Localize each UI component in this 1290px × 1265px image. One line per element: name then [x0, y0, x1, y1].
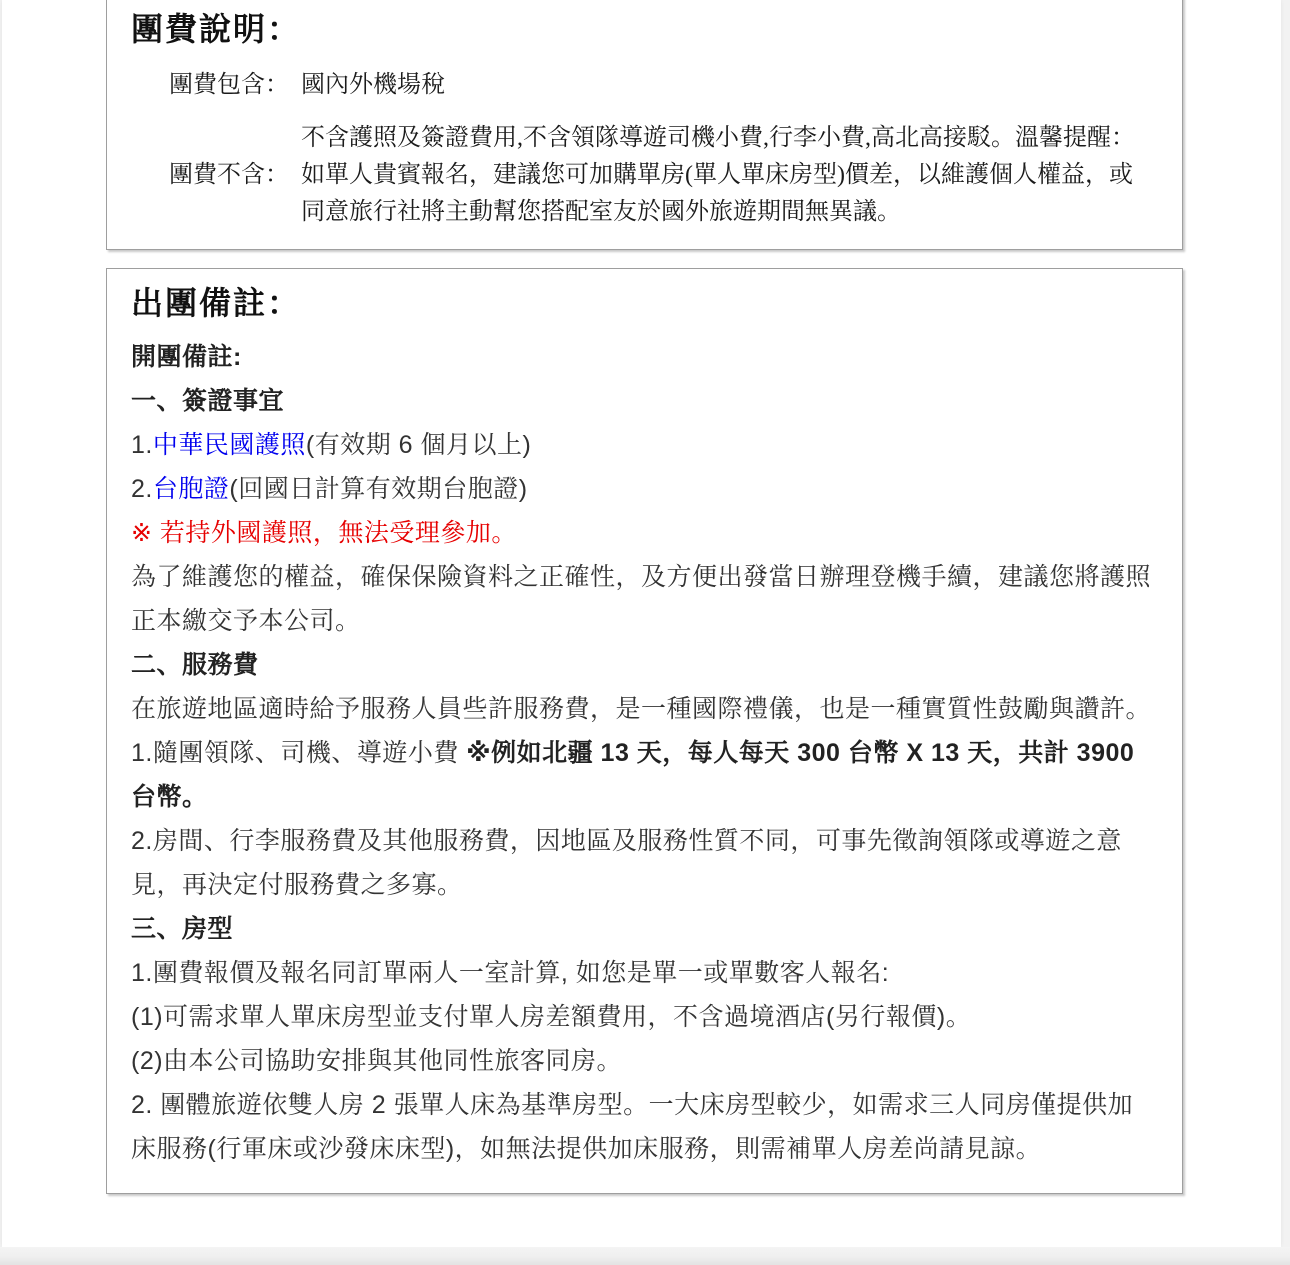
roc-passport-link[interactable]: 中華民國護照 [153, 431, 306, 459]
service-fee-item-1: 1.隨團領隊、司機、導遊小費 ※例如北疆 13 天，每人每天 300 台幣 X … [131, 731, 1158, 819]
section-heading-service-fee: 二、服務費 [131, 643, 1158, 687]
section-heading-visa: 一、簽證事宜 [131, 379, 1158, 423]
text-segment: (1)可需求單人單床房型並支付單人房差額費用，不含過境酒店(另行報價)。 [131, 1003, 971, 1031]
fee-section-title: 團費說明： [131, 9, 1158, 49]
text-segment: 開團備註: [131, 343, 242, 371]
notes-section-title: 出團備註： [131, 283, 1158, 323]
text-segment: 1. [131, 431, 153, 459]
section-heading-room-type: 三、房型 [131, 907, 1158, 951]
text-segment: 1.隨團領隊、司機、導遊小費 [131, 739, 466, 767]
notes-paragraph-list: 開團備註:一、簽證事宜1.中華民國護照(有效期 6 個月以上)2.台胞證(回國日… [131, 335, 1158, 1171]
text-segment: (有效期 6 個月以上) [306, 431, 531, 459]
room-type-item-2: 2. 團體旅遊依雙人房 2 張單人床為基準房型。一大床房型較少，如需求三人同房僅… [131, 1083, 1158, 1171]
text-segment: 三、房型 [131, 915, 233, 943]
fee-row-value: 不含護照及簽證費用,不含領隊導遊司機小費,行李小費,高北高接駁。溫馨提醒：如單人… [301, 112, 1154, 239]
service-fee-intro: 在旅遊地區適時給予服務人員些許服務費，是一種國際禮儀，也是一種實質性鼓勵與讚許。 [131, 687, 1158, 731]
passport-submission-note: 為了維護您的權益，確保保險資料之正確性，及方便出發當日辦理登機手續，建議您將護照… [131, 555, 1158, 643]
fee-row-label: 團費包含： [169, 59, 301, 112]
text-segment: ※ 若持外國護照，無法受理參加。 [131, 519, 517, 547]
fee-row-label: 團費不含： [169, 112, 301, 239]
content-sheet: 團費說明： 團費包含：國內外機場稅團費不含：不含護照及簽證費用,不含領隊導遊司機… [2, 0, 1281, 1247]
page-bottom-strip [0, 1247, 1290, 1265]
text-segment: 2. [131, 475, 153, 503]
visa-item-2: 2.台胞證(回國日計算有效期台胞證) [131, 467, 1158, 511]
room-type-item-1-2: (2)由本公司協助安排與其他同性旅客同房。 [131, 1039, 1158, 1083]
fee-row-value: 國內外機場稅 [301, 59, 1154, 112]
fee-table: 團費包含：國內外機場稅團費不含：不含護照及簽證費用,不含領隊導遊司機小費,行李小… [169, 59, 1154, 239]
text-segment: 在旅遊地區適時給予服務人員些許服務費，是一種國際禮儀，也是一種實質性鼓勵與讚許。 [131, 695, 1151, 723]
text-segment: 2.房間、行李服務費及其他服務費，因地區及服務性質不同，可事先徵詢領隊或導遊之意… [131, 827, 1122, 899]
text-segment: 為了維護您的權益，確保保險資料之正確性，及方便出發當日辦理登機手續，建議您將護照… [131, 563, 1151, 635]
tour-notes-box: 出團備註： 開團備註:一、簽證事宜1.中華民國護照(有效期 6 個月以上)2.台… [106, 268, 1183, 1194]
text-segment: 二、服務費 [131, 651, 259, 679]
fee-row-0: 團費包含：國內外機場稅 [169, 59, 1154, 112]
text-segment: (2)由本公司協助安排與其他同性旅客同房。 [131, 1047, 622, 1075]
foreign-passport-warning: ※ 若持外國護照，無法受理參加。 [131, 511, 1158, 555]
text-segment: 1.團費報價及報名同訂單兩人一室計算, 如您是單一或單數客人報名: [131, 959, 889, 987]
text-segment: (回國日計算有效期台胞證) [229, 475, 527, 503]
service-fee-item-2: 2.房間、行李服務費及其他服務費，因地區及服務性質不同，可事先徵詢領隊或導遊之意… [131, 819, 1158, 907]
compatriot-permit-link[interactable]: 台胞證 [153, 475, 230, 503]
fee-row-1: 團費不含：不含護照及簽證費用,不含領隊導遊司機小費,行李小費,高北高接駁。溫馨提… [169, 112, 1154, 239]
text-segment: 一、簽證事宜 [131, 387, 284, 415]
notes-subtitle: 開團備註: [131, 335, 1158, 379]
room-type-item-1: 1.團費報價及報名同訂單兩人一室計算, 如您是單一或單數客人報名: [131, 951, 1158, 995]
visa-item-1: 1.中華民國護照(有效期 6 個月以上) [131, 423, 1158, 467]
page-body: { "colors": { "link_blue": "#0000ee", "a… [0, 0, 1290, 1265]
text-segment: 2. 團體旅遊依雙人房 2 張單人床為基準房型。一大床房型較少，如需求三人同房僅… [131, 1091, 1133, 1163]
room-type-item-1-1: (1)可需求單人單床房型並支付單人房差額費用，不含過境酒店(另行報價)。 [131, 995, 1158, 1039]
fee-info-box: 團費說明： 團費包含：國內外機場稅團費不含：不含護照及簽證費用,不含領隊導遊司機… [106, 0, 1183, 250]
